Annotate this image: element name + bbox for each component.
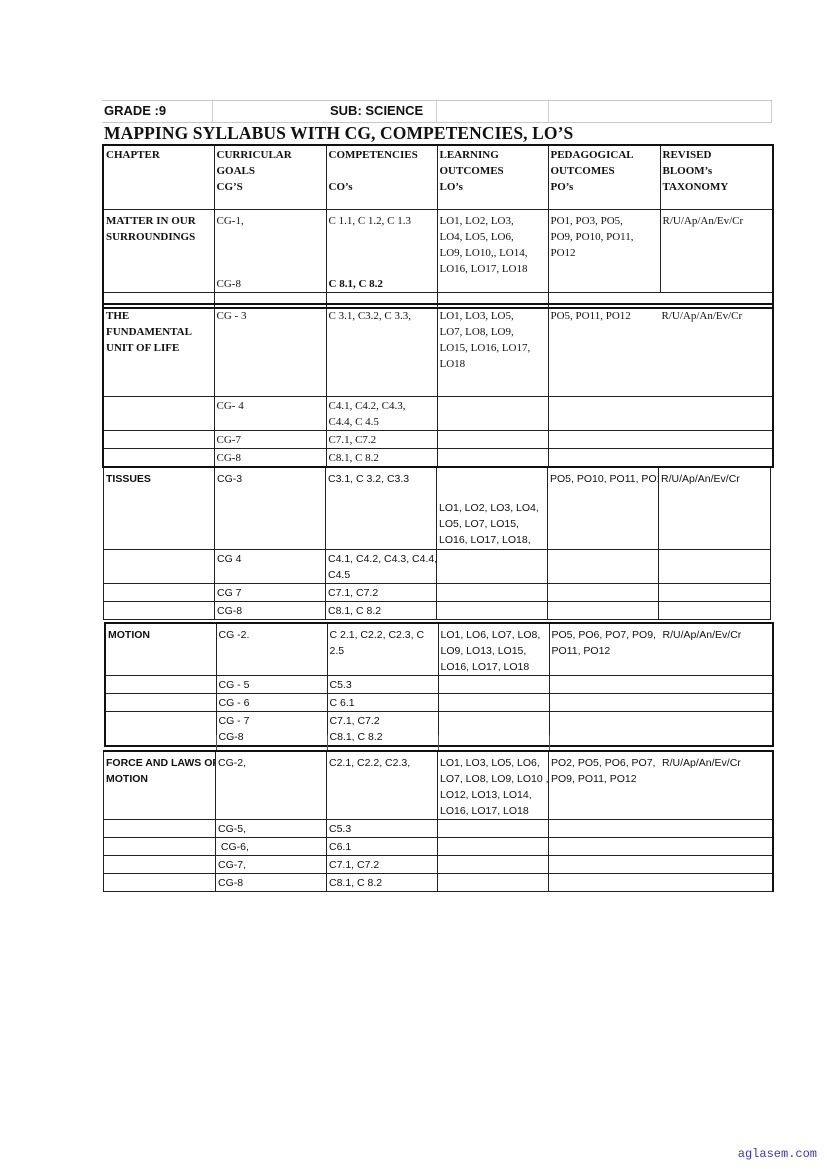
co-cell: C7.1, C7.2 [326, 430, 437, 448]
empty-cell [438, 676, 549, 694]
empty-cell [438, 712, 549, 747]
table-row: TISSUES CG-3 C3.1, C 3.2, C3.3 LO1, LO2,… [104, 467, 771, 549]
table-row: CG- 4 C4.1, C4.2, C4.3,C4.4, C 4.5 [103, 396, 773, 430]
empty-cell [103, 430, 214, 448]
table-row: CG-6, C6.1 [104, 838, 773, 856]
empty-cell [104, 838, 216, 856]
empty-cell [105, 712, 216, 747]
co-cell: C7.1, C7.2 [327, 856, 438, 874]
lo-cell: LO1, LO6, LO7, LO8,LO9, LO13, LO15,LO16,… [438, 623, 549, 676]
empty-cell [549, 874, 773, 892]
empty-cell [548, 448, 773, 467]
co-cell: C 6.1 [327, 694, 438, 712]
chapter-name: TISSUES [104, 467, 215, 549]
empty-cell [437, 396, 548, 430]
co-cell: C8.1, C 8.2 [326, 601, 437, 619]
co-cell: C7.1, C7.2 [326, 583, 437, 601]
table-row: CG 4 C4.1, C4.2, C4.3, C4.4,C4.5 [104, 549, 771, 583]
po-bloom-cell: PO2, PO5, PO6, PO7, PO9, PO11, PO12 R/U/… [549, 751, 773, 820]
cg-cell: CG-3 [215, 467, 326, 549]
motion-table: MOTION CG -2. C 2.1, C2.2, C2.3, C2.5 LO… [104, 622, 774, 747]
lo-cell: LO1, LO3, LO5, LO6,LO7, LO8, LO9, LO10 ,… [438, 751, 549, 820]
empty-cell [437, 601, 548, 619]
cg-cell: CG-8 [215, 601, 326, 619]
bloom-cell: R/U/Ap/An/Ev/Cr [660, 209, 773, 292]
top-header-grid [102, 100, 772, 123]
chapter-name: THEFUNDAMENTALUNIT OF LIFE [103, 304, 214, 396]
cg-cell: CG-7 [214, 430, 326, 448]
table-row: CG-5, C5.3 [104, 820, 773, 838]
watermark-link[interactable]: aglasem.com [738, 1147, 817, 1161]
bloom-value: R/U/Ap/An/Ev/Cr [662, 755, 741, 771]
table-row: CG-7, C7.1, C7.2 [104, 856, 773, 874]
empty-cell [104, 549, 215, 583]
po-cell: PO1, PO3, PO5,PO9, PO10, PO11,PO12 [548, 209, 660, 292]
grid-line [771, 101, 772, 122]
grid-line [216, 735, 217, 751]
co-cell: C2.1, C2.2, C2.3, [327, 751, 438, 820]
empty-cell [549, 820, 773, 838]
col-header-learning-outcomes: LEARNINGOUTCOMESLO’s [437, 145, 548, 209]
empty-cell [549, 694, 773, 712]
empty-cell [548, 583, 659, 601]
table-row: CG - 5 C5.3 [105, 676, 773, 694]
cg-cell: CG-5, [216, 820, 327, 838]
table-row: MOTION CG -2. C 2.1, C2.2, C2.3, C2.5 LO… [105, 623, 773, 676]
empty-cell [438, 856, 549, 874]
co-cell: C 3.1, C3.2, C 3.3, [326, 304, 437, 396]
bloom-value: R/U/Ap/An/Ev/Cr [662, 308, 743, 324]
po-value: PO5, PO11, PO12 [551, 310, 631, 322]
po-line: PO11, PO12 [552, 643, 771, 659]
empty-cell [437, 583, 548, 601]
cg-cell: CG-6, [216, 838, 327, 856]
empty-cell [104, 583, 215, 601]
grid-line [438, 735, 439, 751]
empty-cell [549, 712, 773, 747]
co-cell: C4.1, C4.2, C4.3,C4.4, C 4.5 [326, 396, 437, 430]
empty-cell [548, 396, 773, 430]
empty-cell [437, 549, 548, 583]
empty-cell [548, 549, 659, 583]
po-cell: PO5, PO10, PO11, PO1 [548, 467, 659, 549]
col-header-competencies: COMPETENCIES CO’s [326, 145, 437, 209]
lo-cell: LO1, LO2, LO3, LO4,LO5, LO7, LO15,LO16, … [437, 467, 548, 549]
empty-cell [104, 601, 215, 619]
cg-cell: CG - 5 [216, 676, 327, 694]
col-header-pedagogical-outcomes: PEDAGOGICALOUTCOMESPO’s [548, 145, 660, 209]
po-line: PO9, PO11, PO12 [551, 771, 770, 787]
chapter-name: MATTER IN OURSURROUNDINGS [103, 209, 214, 292]
cg-cell: CG- 4 [214, 396, 326, 430]
grade-label: GRADE :9 [104, 103, 166, 118]
cg-cell: CG 4 [215, 549, 326, 583]
cg-cell: CG - 7CG-8 [216, 712, 327, 747]
empty-cell [549, 676, 773, 694]
col-header-curricular-goals: CURRICULARGOALSCG’S [214, 145, 326, 209]
empty-cell [438, 694, 549, 712]
co-cell: C 1.1, C 1.2, C 1.3 C 8.1, C 8.2 [326, 209, 437, 292]
bloom-cell: R/U/Ap/An/Ev/Cr [659, 467, 771, 549]
cg-cell: CG - 3 [214, 304, 326, 396]
empty-cell [438, 838, 549, 856]
document-title: MAPPING SYLLABUS WITH CG, COMPETENCIES, … [104, 123, 573, 144]
cg-cell: CG-1, CG-8 [214, 209, 326, 292]
empty-cell [548, 601, 659, 619]
empty-cell [659, 549, 771, 583]
cg-cell: CG 7 [215, 583, 326, 601]
lo-cell: LO1, LO3, LO5,LO7, LO8, LO9,LO15, LO16, … [437, 304, 548, 396]
co-cell: C7.1, C7.2C8.1, C 8.2 [327, 712, 438, 747]
subject-label: SUB: SCIENCE [330, 103, 423, 118]
co-cell: C8.1, C 8.2 [326, 448, 437, 467]
co-cell: C 2.1, C2.2, C2.3, C2.5 [327, 623, 438, 676]
table-row: CG 7 C7.1, C7.2 [104, 583, 771, 601]
cg-cell: CG-8 [216, 874, 327, 892]
co-cell: C3.1, C 3.2, C3.3 [326, 467, 437, 549]
table-row: THEFUNDAMENTALUNIT OF LIFE CG - 3 C 3.1,… [103, 304, 773, 396]
table-row: CG - 7CG-8 C7.1, C7.2C8.1, C 8.2 [105, 712, 773, 747]
chapter-name: FORCE AND LAWS OFMOTION [104, 751, 216, 820]
col-header-revised-blooms-taxonomy: REVISEDBLOOM’sTAXONOMY [660, 145, 773, 209]
empty-cell [104, 874, 216, 892]
empty-cell [659, 583, 771, 601]
empty-cell [105, 676, 216, 694]
cg-cell: CG-7, [216, 856, 327, 874]
table-row: MATTER IN OURSURROUNDINGS CG-1, CG-8 C 1… [103, 209, 773, 292]
co-cell: C8.1, C 8.2 [327, 874, 438, 892]
empty-cell [659, 601, 771, 619]
header-and-matter-table: CHAPTER CURRICULARGOALSCG’S COMPETENCIES… [102, 144, 774, 309]
po-bloom-cell: PO5, PO6, PO7, PO9, PO11, PO12 R/U/Ap/An… [549, 623, 773, 676]
empty-cell [105, 694, 216, 712]
co-cell: C4.1, C4.2, C4.3, C4.4,C4.5 [326, 549, 437, 583]
bloom-value: R/U/Ap/An/Ev/Cr [663, 627, 742, 643]
empty-cell [438, 874, 549, 892]
tissues-table: TISSUES CG-3 C3.1, C 3.2, C3.3 LO1, LO2,… [103, 466, 771, 620]
empty-cell [103, 396, 214, 430]
cg-cell: CG -2. [216, 623, 327, 676]
grid-line [327, 735, 328, 751]
cg-cell: CG-8 [214, 448, 326, 467]
table-row: CG-8 C8.1, C 8.2 [104, 601, 771, 619]
empty-cell [548, 430, 773, 448]
co-cell: C5.3 [327, 820, 438, 838]
empty-cell [549, 856, 773, 874]
force-laws-table: FORCE AND LAWS OFMOTION CG-2, C2.1, C2.2… [103, 750, 774, 892]
empty-cell [549, 838, 773, 856]
grid-line [549, 735, 550, 751]
grid-line [212, 101, 213, 122]
cg-cell: CG-2, [216, 751, 327, 820]
table-row: CG-8 C8.1, C 8.2 [104, 874, 773, 892]
po-bloom-cell: PO5, PO11, PO12 R/U/Ap/An/Ev/Cr [548, 304, 773, 396]
empty-cell [104, 856, 216, 874]
lo-cell: LO1, LO2, LO3,LO4, LO5, LO6,LO9, LO10,, … [437, 209, 548, 292]
co-cell: C6.1 [327, 838, 438, 856]
empty-cell [438, 820, 549, 838]
cg-cell: CG - 6 [216, 694, 327, 712]
table-row: CG-7 C7.1, C7.2 [103, 430, 773, 448]
grid-line [436, 101, 437, 122]
table-row: CG - 6 C 6.1 [105, 694, 773, 712]
fundamental-unit-table: THEFUNDAMENTALUNIT OF LIFE CG - 3 C 3.1,… [102, 303, 774, 468]
empty-cell [437, 448, 548, 467]
chapter-name: MOTION [105, 623, 216, 676]
column-header-row: CHAPTER CURRICULARGOALSCG’S COMPETENCIES… [103, 145, 773, 209]
grid-line [548, 101, 549, 122]
empty-cell [104, 820, 216, 838]
table-row: FORCE AND LAWS OFMOTION CG-2, C2.1, C2.2… [104, 751, 773, 820]
table-row: CG-8 C8.1, C 8.2 [103, 448, 773, 467]
empty-cell [103, 448, 214, 467]
col-header-chapter: CHAPTER [103, 145, 214, 209]
co-cell: C5.3 [327, 676, 438, 694]
empty-cell [437, 430, 548, 448]
